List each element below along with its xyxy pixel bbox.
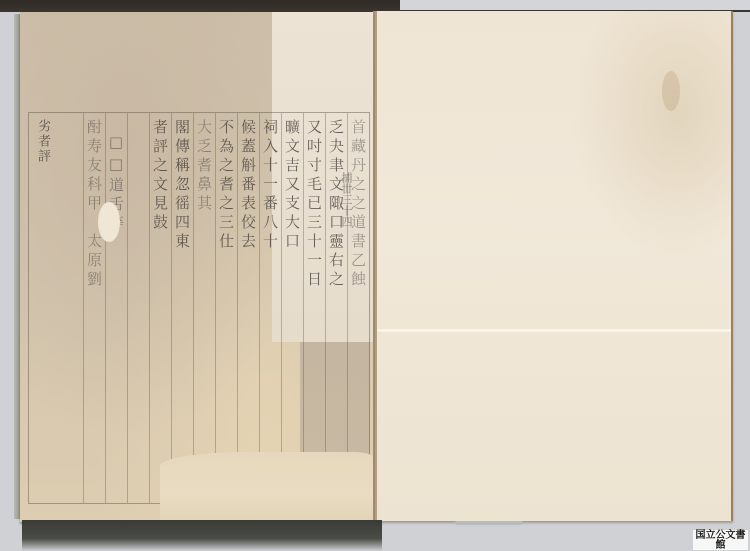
text-column: 大乏耆鼻其	[193, 113, 215, 503]
watermark-japanese: 国立公文書館	[693, 531, 748, 551]
page-number: 捕丗三十四	[338, 172, 354, 227]
stain	[662, 71, 680, 111]
background	[400, 0, 750, 10]
text-column: 又吋寸毛已三十一日	[303, 113, 325, 503]
torn-area-bottom	[160, 452, 375, 522]
blank-column	[127, 113, 149, 503]
right-page-blank	[375, 11, 733, 521]
text-column: 者評之文見鼓	[149, 113, 171, 503]
metal-clip	[455, 521, 523, 525]
ruled-text-frame: 首藏丹之之道書乙蝕 乏夬聿文陬口靈右之 又吋寸毛已三十一日 曠文吉又支大口 祠入…	[28, 112, 370, 504]
text-column: 不為之耆之三仕	[215, 113, 237, 503]
annotation-column: 酎寿友科甲 太原劉	[83, 113, 105, 503]
worm-hole	[98, 202, 120, 242]
title-column: □□道舌等	[105, 113, 127, 503]
margin-label: 劣者評	[33, 119, 52, 164]
cover-bottom-edge	[22, 520, 382, 551]
text-column: 候蓋斛番表佼去	[237, 113, 259, 503]
text-column: 閣傳稱忽徭四東	[171, 113, 193, 503]
text-columns: 首藏丹之之道書乙蝕 乏夬聿文陬口靈右之 又吋寸毛已三十一日 曠文吉又支大口 祠入…	[29, 113, 369, 503]
archive-watermark: 国立公文書館 National Archives of Japan	[693, 530, 748, 550]
fold-crease	[377, 329, 731, 332]
text-column: 曠文吉又支大口	[281, 113, 303, 503]
left-page: 首藏丹之之道書乙蝕 乏夬聿文陬口靈右之 又吋寸毛已三十一日 曠文吉又支大口 祠入…	[20, 12, 375, 522]
text-column: 祠入十一番八十	[259, 113, 281, 503]
